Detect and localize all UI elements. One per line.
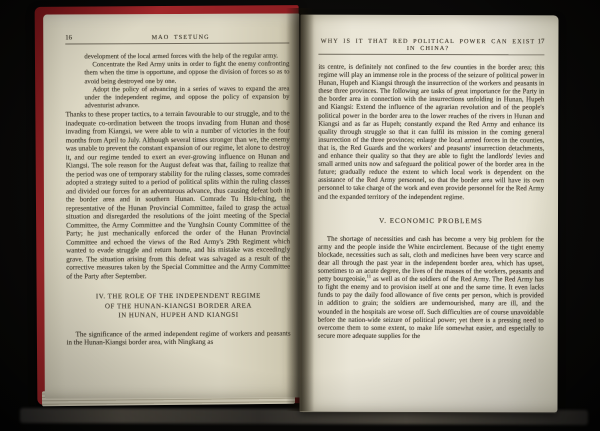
body-paragraph: Thanks to these proper tactics, to a ter… (66, 110, 291, 281)
book-photo: 16 MAO TSETUNG development of the local … (0, 0, 600, 431)
right-page: WHY IS IT THAT RED POLITICAL POWER CAN E… (299, 15, 558, 413)
left-page-body: Thanks to these proper tactics, to a ter… (66, 110, 291, 347)
section-heading-iv-line: IV. THE ROLE OF THE INDEPENDENT REGIME (66, 292, 290, 302)
left-page: 16 MAO TSETUNG development of the local … (43, 13, 301, 398)
quote-paragraph: Adopt the policy of advancing in a serie… (84, 85, 289, 111)
continuation-paragraph: its centre, is definitely not confined t… (318, 64, 544, 202)
left-page-header: 16 MAO TSETUNG (65, 33, 289, 44)
section-heading-iv-line: IN HUNAN, HUPEH AND KIANGSI (66, 311, 290, 321)
right-page-body: its centre, is definitely not confined t… (318, 64, 545, 341)
right-running-head: WHY IS IT THAT RED POLITICAL POWER CAN E… (318, 38, 537, 53)
economic-paragraph: The shortage of necessities and cash has… (318, 235, 544, 341)
left-page-number: 16 (65, 34, 72, 41)
quoted-tactics-block: development of the local armed forces wi… (84, 52, 289, 110)
section-heading-iv: IV. THE ROLE OF THE INDEPENDENT REGIME O… (66, 292, 290, 321)
right-page-header: WHY IS IT THAT RED POLITICAL POWER CAN E… (318, 38, 544, 56)
economic-paragraph-text: as well as of the soldiers of the Red Ar… (318, 276, 544, 340)
quote-paragraph: Concentrate the Red Army units in order … (84, 61, 289, 87)
section-iv-opening-paragraph: The significance of the armed independen… (67, 329, 291, 347)
left-running-head: MAO TSETUNG (72, 33, 289, 41)
right-page-number: 17 (538, 38, 545, 45)
section-heading-v: V. ECONOMIC PROBLEMS (318, 216, 544, 225)
